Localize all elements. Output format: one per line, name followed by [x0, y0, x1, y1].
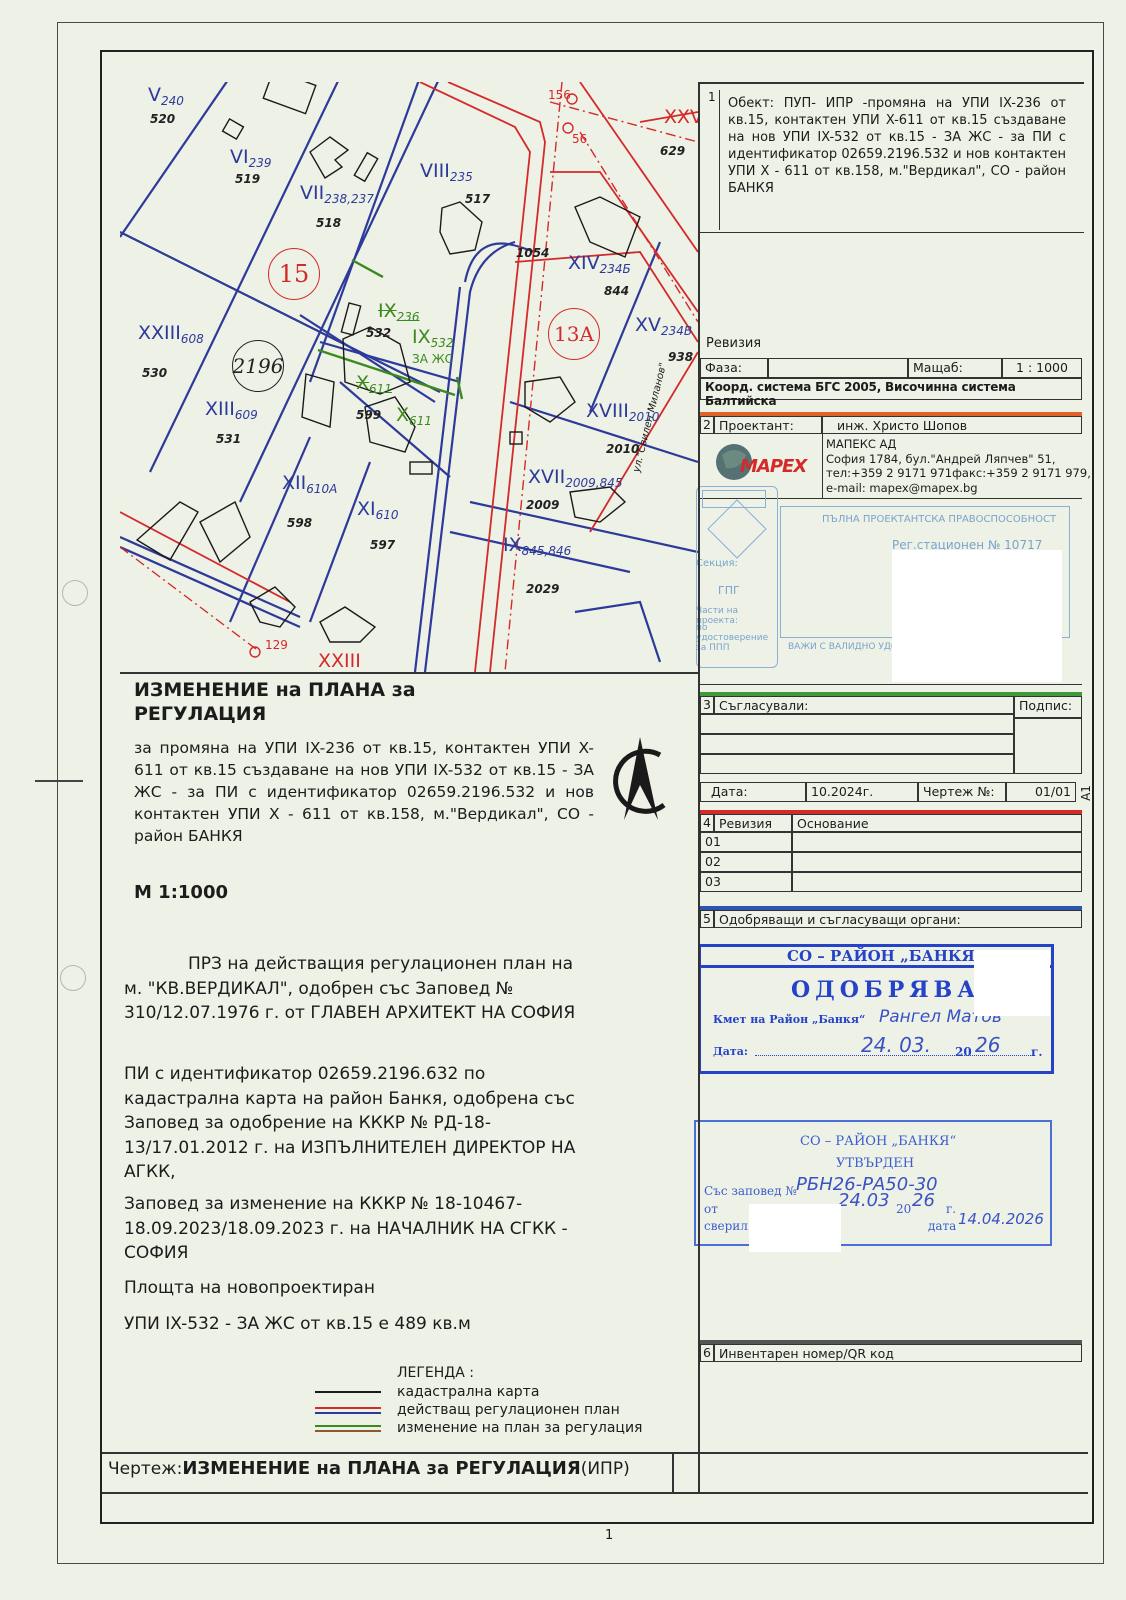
drawing-number-label: Чертеж №: [918, 782, 1006, 802]
parcel-id: 517 [465, 192, 490, 206]
block-number-15: 15 [268, 248, 320, 300]
divider [102, 1492, 1088, 1494]
section-4-number: 4 [700, 814, 714, 832]
divider [672, 1452, 674, 1492]
confirm-stamp-title: УТВЪРДЕН [836, 1156, 914, 1171]
parcel-id: 530 [142, 366, 167, 380]
stamp-section-label: Секция: [696, 558, 738, 569]
scale-label: М 1:1000 [134, 882, 228, 903]
divider [700, 684, 1082, 685]
mayor-label: Кмет на Район „Банкя“ [713, 1013, 865, 1026]
cadastre-note: ПИ с идентификатор 02659.2196.632 по кад… [124, 1062, 594, 1185]
parcel-id: 2029 [526, 582, 559, 596]
company-address: София 1784, бул."Андрей Ляпчев" 51, [826, 452, 1091, 467]
footer-title: ИЗМЕНЕНИЕ на ПЛАНА за РЕГУЛАЦИЯ [182, 1458, 580, 1479]
parcel-id: 599 [356, 408, 381, 422]
date-value: 10.2024г. [806, 782, 918, 802]
section-3-number: 3 [700, 696, 714, 714]
divider [700, 82, 1084, 84]
footer-label: Чертеж: [108, 1459, 182, 1479]
revision-row-basis [792, 872, 1082, 892]
plot-label: V240 [148, 84, 184, 108]
fold-mark [35, 780, 83, 782]
legend-item: действащ регулационен план [315, 1401, 642, 1419]
parcel-id: 598 [287, 516, 312, 530]
object-description: Обект: ПУП- ИПР -промяна на УПИ IX-236 о… [728, 95, 1066, 197]
agreed-row [700, 754, 1014, 774]
agreed-label: Съгласували: [714, 696, 1014, 714]
plot-label: VIII235 [420, 160, 473, 184]
parcel-id: 519 [235, 172, 260, 186]
phase-label: Фаза: [700, 358, 768, 378]
parcel-id: 597 [370, 538, 395, 552]
approval-year-prefix: 20 [955, 1045, 972, 1059]
cadastre-change-note: Заповед за изменение на КККР № 18-10467-… [124, 1192, 594, 1266]
new-plot-label: X611 [396, 404, 432, 428]
divider [120, 672, 698, 674]
legend: ЛЕГЕНДА : кадастрална карта действащ рег… [315, 1364, 642, 1437]
drawing-sheet: 15 13A 2196 ул."Свилен Миланов" 1054 156… [0, 0, 1126, 1600]
agreed-row [700, 714, 1014, 734]
legend-swatch [315, 1407, 381, 1414]
checked-label: сверил [704, 1219, 748, 1233]
redacted-signature [974, 950, 1050, 1016]
north-arrow-icon [604, 735, 676, 827]
plot-label: XXV [664, 106, 698, 128]
legend-item: кадастрална карта [315, 1383, 642, 1401]
legend-swatch [315, 1425, 381, 1432]
plot-label: XVII2009,845 [528, 466, 623, 490]
drawing-number-value: 01/01 [1006, 782, 1076, 802]
phase-value [768, 358, 908, 378]
divider [698, 82, 700, 1494]
area-value: УПИ IX-532 - ЗА ЖС от кв.15 е 489 кв.м [124, 1312, 594, 1337]
agreed-row [700, 734, 1014, 754]
signature-label: Подпис: [1014, 696, 1082, 718]
basis-header: Основание [792, 814, 1082, 832]
plot-label: XV234В [635, 314, 692, 338]
scale-label: Мащаб: [908, 358, 1002, 378]
revision-header: Ревизия [714, 814, 792, 832]
parcel-id: 518 [316, 216, 341, 230]
inventory-label: Инвентарен номер/QR код [714, 1344, 1082, 1362]
order-year-prefix: 20 [896, 1202, 911, 1216]
logo-text: MAPEX [740, 456, 806, 477]
stamp-section-value: ГПГ [718, 584, 740, 597]
block-number-2196: 2196 [232, 340, 284, 392]
divider [700, 232, 1084, 233]
legend-label: изменение на план за регулация [397, 1419, 642, 1438]
revision-row-number: 03 [700, 872, 792, 892]
redacted-name [749, 1204, 841, 1252]
section-2-number: 2 [700, 416, 714, 434]
redacted-signature [892, 550, 1062, 682]
old-plot-label: X611 [356, 372, 392, 396]
order-year: 26 [912, 1190, 935, 1211]
plot-label: XVIII2010 [586, 400, 659, 424]
legend-label: действащ регулационен план [397, 1401, 620, 1420]
parcel-id: 629 [660, 144, 685, 158]
new-plot-note: ЗА ЖС [412, 352, 453, 366]
parcel-id: 844 [604, 284, 629, 298]
designer-label: Проектант: [714, 416, 822, 434]
punch-hole [60, 965, 86, 991]
parcel-id: 938 [668, 350, 693, 364]
date-label: Дата: [700, 782, 806, 802]
regulation-plan-note: ПРЗ на действащия регулационен план на м… [124, 952, 594, 1026]
checked-date-label: дата [928, 1219, 956, 1233]
map-drawing [120, 82, 698, 672]
drawing-title: ИЗМЕНЕНИЕ на ПЛАНА за РЕГУЛАЦИЯ [134, 678, 554, 726]
point-label: 56 [572, 132, 587, 146]
signature-cell [1014, 718, 1082, 774]
street-number: 1054 [516, 246, 549, 260]
stamp-parts-value: по удостоверение за ППП [696, 623, 772, 653]
legend-swatch [315, 1391, 381, 1393]
plot-label: IX845,846 [503, 534, 571, 558]
regulation-map: 15 13A 2196 ул."Свилен Миланов" 1054 156… [120, 82, 698, 672]
footer-suffix: (ИПР) [581, 1459, 630, 1479]
designer-name: инж. Христо Шопов [822, 416, 1082, 434]
revision-row-number: 02 [700, 852, 792, 872]
drawing-footer-title: Чертеж:ИЗМЕНЕНИЕ на ПЛАНА за РЕГУЛАЦИЯ(И… [108, 1458, 630, 1479]
legend-label: кадастрална карта [397, 1383, 539, 1402]
order-date: 24.03 [838, 1190, 890, 1211]
plot-label: XXIII [318, 650, 361, 672]
order-label: Със заповед № [704, 1184, 797, 1198]
parcel-id: 532 [366, 326, 391, 340]
order-year-suffix: г. [946, 1202, 956, 1216]
legend-item: изменение на план за регулация [315, 1419, 642, 1437]
old-plot-label: IX236 [378, 300, 420, 324]
point-label: 156 [548, 88, 571, 102]
approval-date-suffix: г. [1031, 1045, 1043, 1059]
confirmation-stamp: СО – РАЙОН „БАНКЯ“ УТВЪРДЕН Със заповед … [694, 1120, 1052, 1246]
plot-label: XI610 [357, 498, 399, 522]
parcel-id: 520 [150, 112, 175, 126]
approval-date-label: Дата: [713, 1045, 748, 1058]
new-plot-label: IX532 [412, 326, 454, 350]
point-label: 129 [265, 638, 288, 652]
plot-label: XII610А [282, 472, 337, 496]
approval-year: 26 [975, 1033, 1000, 1057]
section-1-number-cell: 1 [706, 90, 720, 230]
company-name: МАПЕКС АД [826, 437, 1091, 452]
divider [102, 1452, 1088, 1454]
page-number: 1 [605, 1528, 613, 1543]
stamp-header: ПЪЛНА ПРОЕКТАНТСКА ПРАВОСПОСОБНОСТ [822, 514, 1056, 525]
legend-title: ЛЕГЕНДА : [315, 1364, 642, 1383]
parcel-id: 2010 [606, 442, 639, 456]
revision-row-basis [792, 852, 1082, 872]
checked-date: 14.04.2026 [958, 1210, 1044, 1228]
sheet-size: A1 [1079, 785, 1093, 801]
approval-stamp-header: СО – РАЙОН „БАНКЯ“ [787, 947, 983, 965]
plot-label: XXIII608 [138, 322, 204, 346]
drawing-description: за промяна на УПИ IX-236 от кв.15, конта… [134, 737, 594, 847]
confirm-stamp-header: СО – РАЙОН „БАНКЯ“ [800, 1134, 956, 1149]
parcel-id: 531 [216, 432, 241, 446]
approvals-label: Одобряващи и съгласуващи органи: [714, 910, 1082, 928]
revision-row-number: 01 [700, 832, 792, 852]
coordinate-system: Коорд. система БГС 2005, Височинна систе… [700, 378, 1082, 400]
section-5-number: 5 [700, 910, 714, 928]
approval-date-value: 24. 03. [861, 1033, 931, 1057]
plot-label: XIV234Б [568, 252, 631, 276]
plot-label: VII238,237 [300, 182, 374, 206]
plot-label: VI239 [230, 146, 272, 170]
from-label: от [704, 1202, 718, 1216]
revision-row-basis [792, 832, 1082, 852]
section-6-number: 6 [700, 1344, 714, 1362]
area-note: Площта на новопроектиран [124, 1276, 594, 1301]
plot-label: XIII609 [205, 398, 258, 422]
revision-label: Ревизия [706, 336, 761, 351]
scale-value: 1 : 1000 [1002, 358, 1082, 378]
block-number-13a: 13A [548, 308, 600, 360]
punch-hole [62, 580, 88, 606]
parcel-id: 2009 [526, 498, 559, 512]
